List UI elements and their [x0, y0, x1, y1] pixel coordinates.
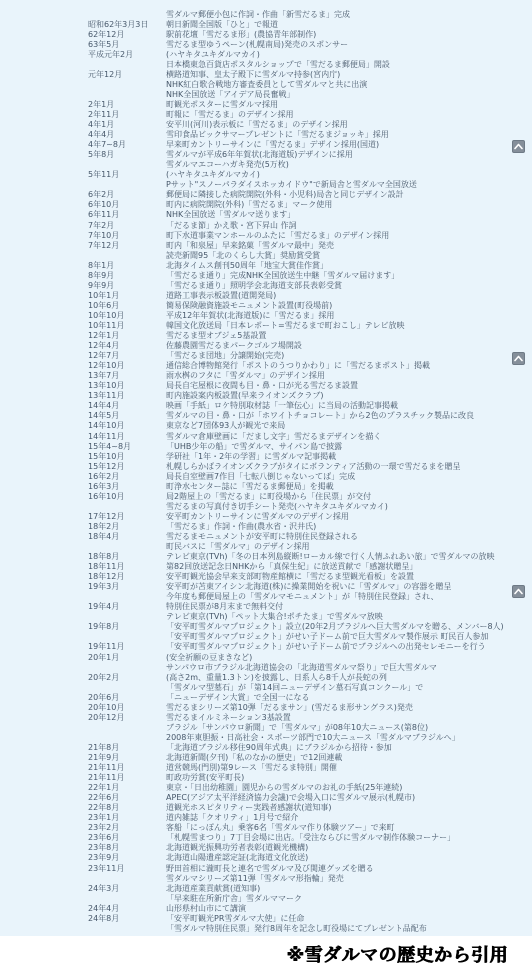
timeline-row: 雪ダルマエコーハガキ発売(5万枚) [88, 160, 532, 170]
timeline-row: 19年11月 「安平町雪ダルマプロジェクト」がせい子ドーム前でブラジルへの出発セ… [88, 642, 532, 652]
row-date: 元年12月 [88, 69, 166, 80]
timeline-row: 8年1月 北海タイムス創刊50周年「地宝大賞佳作賞」 [88, 260, 532, 270]
timeline-row: 4年4月 雪印食品ビックサマープレゼントに「雪だるまジョッキ」採用 [88, 130, 532, 140]
timeline-row: 18年11月 第82回放送記念日NHKから「真保生紀」に放送貢献で「感謝状贈呈」 [88, 562, 532, 572]
timeline-row: 2008年東胆振・日高社会・スポーツ部門で10大ニュース「雪ダルマブラジルへ」 [88, 732, 532, 742]
row-date: 7年12月 [88, 240, 166, 251]
timeline-row: 14年11月 雪ダルマ倉庫壁画に「だまし文字」雪だるまデザインを描く [88, 431, 532, 441]
timeline-row: 12年7月 「雪だるま団地」分譲開始(完売) [88, 351, 532, 361]
timeline-row: 24年3月 北海道産業貢献賞(道知事) [88, 883, 532, 893]
timeline-panel: 雪ダルマ郵便小包に作詞・作曲「新雪だるま」完成 昭和62年3月3日 朝日新聞全国… [0, 0, 532, 936]
timeline-row: 8年9月 「雪だるま通り」完成NHK全国放送生中継「雪ダルマ届けます」 [88, 270, 532, 280]
timeline-row: 6年10月 町内に病院開院(外科)「雪だるま」マーク使用 [88, 200, 532, 210]
timeline-row: 10年1月 道路工事表示板設置(道開発局) [88, 290, 532, 300]
row-date: 20年12月 [88, 712, 166, 723]
timeline-row: 23年1月 道内雑誌「クオリティ」1月号で紹介 [88, 813, 532, 823]
timeline-row: 21年8月 「北海道ブラジル移住90周年式典」にブラジルから招待・参加 [88, 742, 532, 752]
timeline-row: 13年10月 局長自宅屋根に夜間も目・鼻・口が光る雪だるま設置 [88, 381, 532, 391]
timeline-row: 15年12月 札幌しらかばライオンズクラブがタイにボランティア活動の一環で雪だる… [88, 461, 532, 471]
timeline-row: 元年12月 横路道知事、皇太子殿下に雪ダルマ持参(宮内庁) [88, 69, 532, 79]
source-citation: ※雪ダルマの歴史から引用 [287, 941, 509, 967]
chevron-up-icon [514, 143, 523, 150]
row-date: 5年8月 [88, 149, 166, 160]
timeline-row: 雪だるまの写真付き切手シート発売(ハヤキタユキダルマカイ) [88, 501, 532, 511]
timeline-row: 12年4月 佐藤農園雪だるまパークゴルフ場開設 [88, 341, 532, 351]
timeline-row: 22年1月 東京・「日出幼稚園」園児からの雪ダルマのお礼の手紙(25年連続) [88, 783, 532, 793]
timeline-row: 16年2月 局長自室壁画7作目「七転八倒じゃないってば」完成 [88, 471, 532, 481]
timeline-row: 16年10月 局2階屋上の「雪だるま」に町役場から「住民票」が交付 [88, 491, 532, 501]
timeline-row: 21年11月 道営競馬(門別)第9レース「雪だるま特別」開催 [88, 763, 532, 773]
timeline-row: 16年3月 町浄水センター誌に「雪だるま郵便局」を掲載 [88, 481, 532, 491]
timeline-row: 20年10月 雪だるまシリーズ第10弾「だるまサン」(雪だるま形サングラス)発売 [88, 702, 532, 712]
timeline-row: サンパウロ市ブラジル北海道協会の「北海道雪ダルマ祭り」で巨大雪ダルマ [88, 662, 532, 672]
timeline-row: 7年2月 「だるま節」かえ歌・宮下昇山 作詞 [88, 220, 532, 230]
timeline-row: 12年10月 通信総合博物館発行「ポストのうつりかわり」に「雪だるまポスト」掲載 [88, 361, 532, 371]
scroll-top-button[interactable] [512, 140, 525, 153]
row-date: 24年3月 [88, 883, 166, 894]
chevron-up-icon [514, 588, 523, 595]
timeline-row: 19年4月 特別住民票が8月末まで無料交付 [88, 602, 532, 612]
timeline: 雪ダルマ郵便小包に作詞・作曲「新雪だるま」完成 昭和62年3月3日 朝日新聞全国… [0, 9, 532, 933]
timeline-row: 10年11月 韓国文化放送局「日本レポート=雪だるまで町おこし」テレビ放映 [88, 320, 532, 330]
timeline-row: 町民バスに「雪ダルマ」のデザイン採用 [88, 541, 532, 551]
timeline-row: 雪ダルマシリーズ第11弾「雪ダルマ形指輪」発売 [88, 873, 532, 883]
timeline-row: 今年度も郵便局屋上の「雪ダルマモニュメント」が「特別住民登録」され、 [88, 592, 532, 602]
row-date: 平成元年2月 [88, 49, 166, 60]
timeline-row: 「雪ダルマ特別住民票」発行8周年を記念し町役場にてプレゼント品配布 [88, 923, 532, 933]
row-date: 18年4月 [88, 531, 166, 542]
timeline-row: テレビ東京(TVh)「ペット大集合!ポチたま」で雪ダルマ放映 [88, 612, 532, 622]
timeline-row: 7年10月 町下水道事業マンホールのふたに「雪だるま」のデザイン採用 [88, 230, 532, 240]
timeline-row: 14年10月 東京など7団体93人が観光で来局 [88, 421, 532, 431]
timeline-row: 62年12月 駅前花壇「雪だるま形」(農協青年部制作) [88, 29, 532, 39]
timeline-row: 22年6月 APEC(アジア太平洋経済協力会議)で会場入口に雪ダルマ展示(札幌市… [88, 793, 532, 803]
timeline-row: 24年4月 山形県村山市にて講演 [88, 903, 532, 913]
timeline-row: 6年2月 郵便局に隣接した病院開院(外科・小児科)局舎と同じデザイン設計 [88, 190, 532, 200]
timeline-row: 23年9月 北海道山陽遺産認定証(北海道文化放送) [88, 853, 532, 863]
timeline-row: 14年4月 映画「手紙」ロケ特別取材誌「一筆伝心」に当局の活動記事掲載 [88, 401, 532, 411]
timeline-row: 20年2月 (高さ2m、重量1.3トン)を披露し、日系人ら8千人が長蛇の列 [88, 672, 532, 682]
timeline-row: 10年10月 平成12年年賀状(北海道版)に「雪だるま」採用 [88, 310, 532, 320]
timeline-row: 日本橋東急百貨店ポスタルショップで「雪だるま郵便局」開設 [88, 59, 532, 69]
timeline-row: 15年10月 学研社「1年・2年の学習」に雪ダルマ記事掲載 [88, 451, 532, 461]
timeline-row: NHK紅白歌合戦地方審査委員として雪ダルマと共に出演 [88, 79, 532, 89]
timeline-row: 20年6月 「ニューデザイン大賞」で全国一になる [88, 692, 532, 702]
scroll-top-button[interactable] [512, 585, 525, 598]
timeline-row: NHK全国放送「アイデア局長奮戦」 [88, 89, 532, 99]
timeline-row: 「早来駐在所新庁舎」雪ダルママーク [88, 893, 532, 903]
timeline-row: 23年8月 北海道観光振興功労者表彰(道観光機構) [88, 843, 532, 853]
timeline-row: 21年9月 北海道新聞(夕刊)「私のなかの歴史」で12回連載 [88, 752, 532, 762]
timeline-row: 18年2月 「雪だるま」作詞・作曲(農水省・沢井氏) [88, 521, 532, 531]
timeline-row: 19年3月 安平町が苫東アイシン北海道(株)に操業開始を祝いに「雪ダルマ」の容器… [88, 582, 532, 592]
row-date: 24年8月 [88, 913, 166, 924]
timeline-row: 18年4月 雪だるまモニュメントが安平町に特別住民登録される [88, 531, 532, 541]
timeline-row: 5年11月 (ハヤキタユキダルマカイ) [88, 170, 532, 180]
row-date: 20年1月 [88, 652, 166, 663]
timeline-row: 23年2月 客船「にっぽん丸」乗客6名「雪ダルマ作り体験ツアー」で来町 [88, 823, 532, 833]
timeline-row: 18年12月 安平町観光協会早来支部町物産館横に「雪だるま型観光看板」を設置 [88, 572, 532, 582]
timeline-row: 9年9月 「雪だるま通り」照明学会北海道支部長表彰受賞 [88, 280, 532, 290]
timeline-row: 19年8月 「安平町雪ダルマプロジェクト」設立(20年2月ブラジルへ巨大雪ダルマ… [88, 622, 532, 632]
timeline-row: 5年8月 雪ダルマが平成6年年賀状(北海道版)デザインに採用 [88, 150, 532, 160]
timeline-row: 23年6月 「札幌雪まつり」7丁目会場に出店。「受注ならびに雪ダルマ制作体験コー… [88, 833, 532, 843]
timeline-row: 10年6月 簡易保険融資施設モニュメント設置(町役場前) [88, 300, 532, 310]
row-date: 19年8月 [88, 621, 166, 632]
timeline-row: 読売新聞95「北のくらし大賞」奨励賞受賞 [88, 250, 532, 260]
timeline-row: 昭和62年3月3日 朝日新聞全国版「ひと」で報道 [88, 19, 532, 29]
timeline-row: 2年1月 町観光ポスターに雪ダルマ採用 [88, 99, 532, 109]
timeline-row: 7年12月 町内「和泉屋」早来銘菓「雪ダルマ最中」発売 [88, 240, 532, 250]
timeline-row: 17年12月 安平町カントリーサインに雪ダルマのデザイン採用 [88, 511, 532, 521]
timeline-row: 22年8月 道観光ホスピタリティー実践者感謝状(道知事) [88, 803, 532, 813]
timeline-row: 平成元年2月 (ハヤキタユキダルマカイ) [88, 49, 532, 59]
timeline-row: 「安平町雪ダルマプロジェクト」がせい子ドーム前で巨大雪ダルマ製作展示 町民百人参… [88, 632, 532, 642]
timeline-row: 63年5月 雪だるま型ゆうペーン(札幌南局)発売のスポンサー [88, 39, 532, 49]
timeline-row: 2年11月 町報に「雪だるま」のデザイン採用 [88, 109, 532, 119]
timeline-row: 20年1月 (安全祈願の豆まきなど) [88, 652, 532, 662]
scroll-top-button[interactable] [512, 352, 525, 365]
row-date: 19年4月 [88, 601, 166, 612]
timeline-row: 12年1月 雪だるま型オブジェ5基設置 [88, 331, 532, 341]
chevron-up-icon [514, 355, 523, 362]
timeline-row: 15年4~8月 「UHB少年の船」で雪ダルマ、サイパン島で披露 [88, 441, 532, 451]
timeline-row: 18年8月 テレビ東京(TVh)「冬の日本列島縦断!ローカル線で行く人情ふれあい… [88, 552, 532, 562]
timeline-row: 23年11月 野田首相に瀧町長と連名で雪ダルマ及び関連グッズを贈る [88, 863, 532, 873]
timeline-row: 雪ダルマ郵便小包に作詞・作曲「新雪だるま」完成 [88, 9, 532, 19]
timeline-row: 4年7~8月 早来町カントリーサインに「雪だるま」デザイン採用(国道) [88, 140, 532, 150]
timeline-row: ブラジル「サンパウロ新聞」で「雪ダルマ」が08年10大ニュース(第8位) [88, 722, 532, 732]
timeline-row: Pサット"スノーパラダイスホッカイドウ"で新局舎と雪ダルマ全国放送 [88, 180, 532, 190]
row-date: 23年11月 [88, 863, 166, 874]
timeline-row: 4年1月 安平川(河川)表示板に「雪だるま」のデザイン採用 [88, 120, 532, 130]
row-date: 16年10月 [88, 491, 166, 502]
timeline-row: 13年7月 雨水桝のフタに「雪ダルマ」のデザイン採用 [88, 371, 532, 381]
timeline-row: 24年8月 「安平町観光PR雪ダルマ大使」に任命 [88, 913, 532, 923]
row-date: 5年11月 [88, 169, 166, 180]
timeline-row: 14年5月 雪ダルマの目・鼻・口が「ホワイトチョコレート」から2色のプラスチック… [88, 411, 532, 421]
row-text: 「雪ダルマ特別住民票」発行8周年を記念し町役場にてプレゼント品配布 [166, 923, 427, 934]
timeline-row: 13年11月 町内施設案内板設置(早来ライオンズクラブ) [88, 391, 532, 401]
timeline-row: 「雪ダルマ型墓石」が「第14回ニューデザイン墓石写真コンクール」で [88, 682, 532, 692]
row-date: 19年3月 [88, 581, 166, 592]
timeline-row: 6年11月 NHK全国放送「雪ダルマ送ります」 [88, 210, 532, 220]
timeline-row: 21年11月 町政功労賞(安平町長) [88, 773, 532, 783]
row-date: 20年2月 [88, 672, 166, 683]
timeline-row: 20年12月 雪だるまイルミネーション3基設置 [88, 712, 532, 722]
